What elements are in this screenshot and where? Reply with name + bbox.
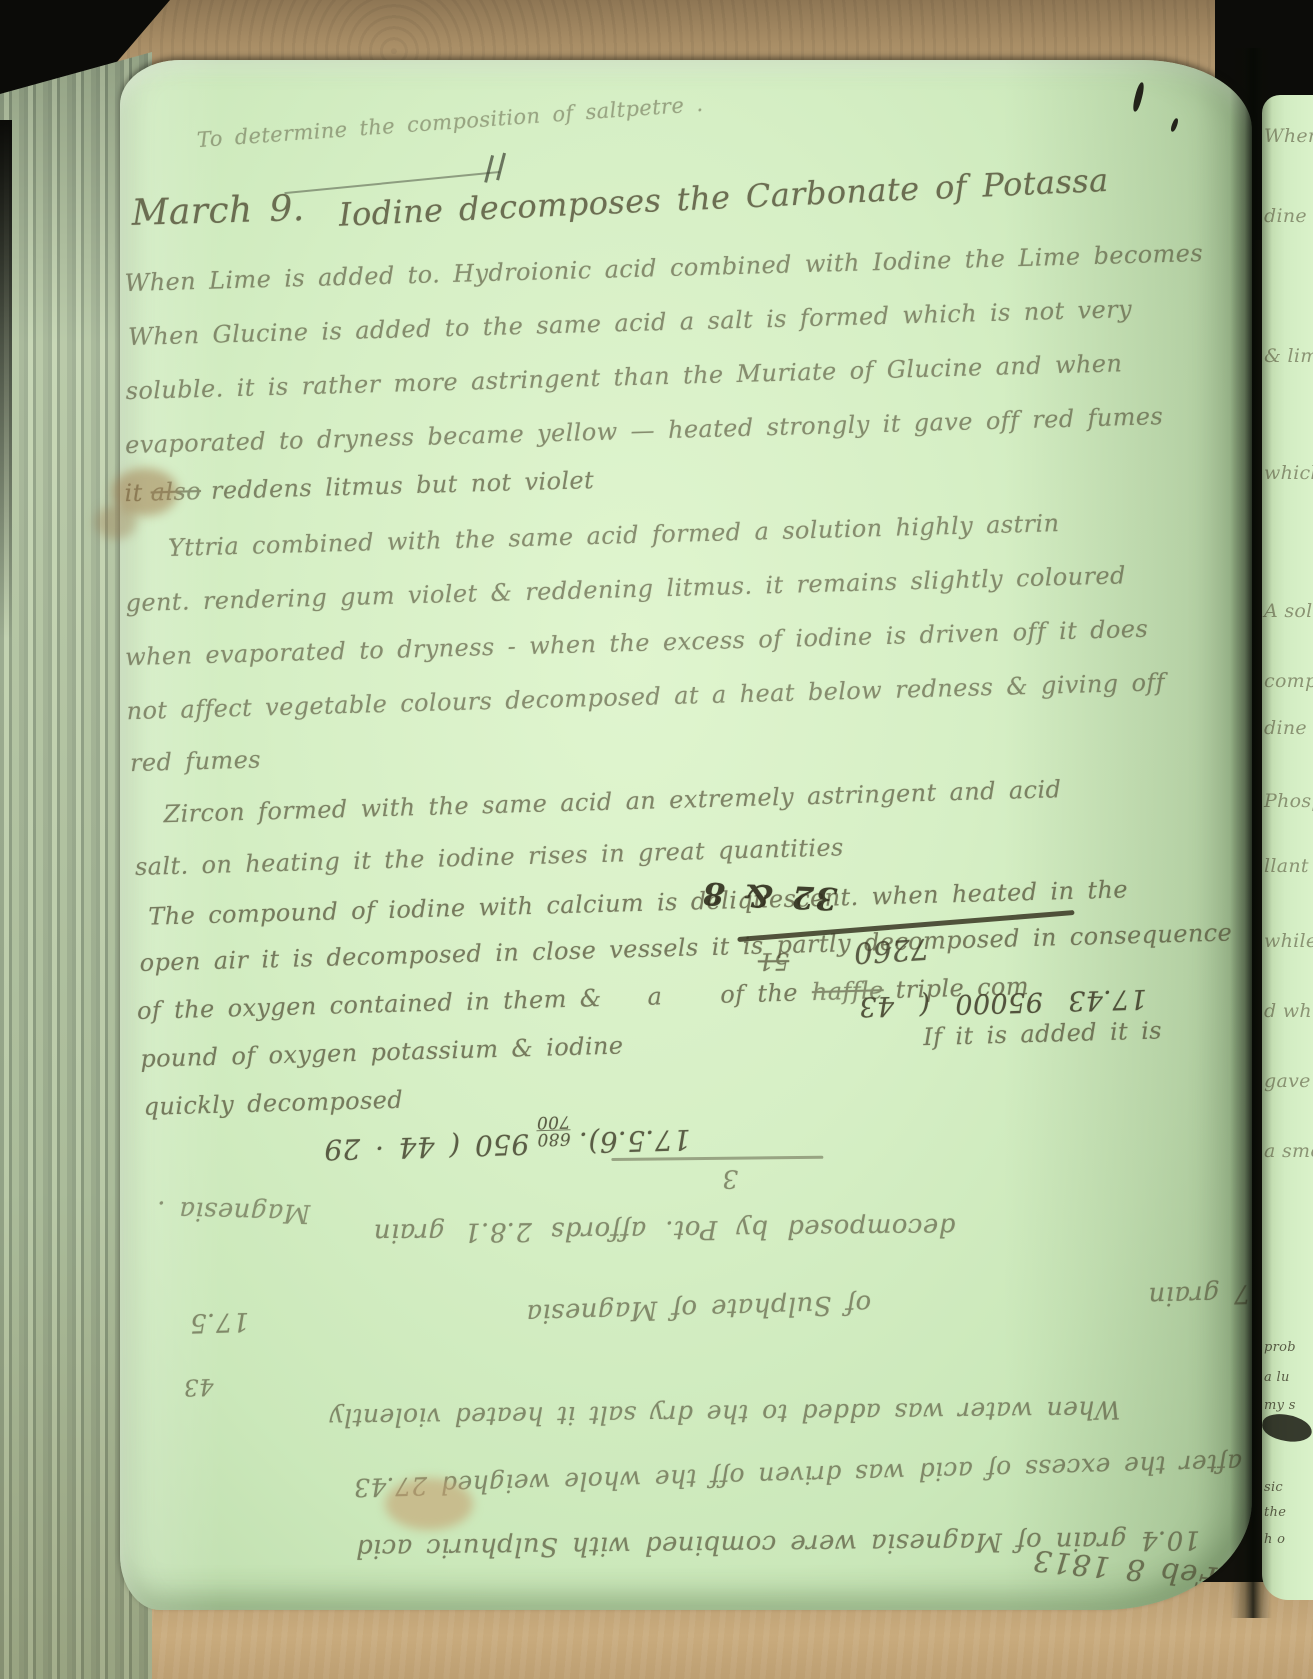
handwritten-line: open air it is decomposed in close vesse… [139,918,1232,977]
next-page-fragment: while [1264,930,1313,952]
figure-numerator: 680 [537,1130,571,1147]
line-text: pound of oxygen potassium & iodine [140,1031,624,1072]
line-figure: 17.5 [189,1306,249,1338]
next-page-fragment: dine B [1264,205,1313,227]
next-page-margin-note: a lu [1264,1370,1290,1385]
next-page-fragment: & lim [1264,345,1313,367]
next-page-fragment: When [1264,125,1313,147]
page-stain [385,1478,473,1530]
pencil-insertion-mark [496,153,506,181]
next-page-fragment: compou [1264,670,1313,692]
figure-denominator: 700 [536,1113,570,1131]
entry-title: Iodine decomposes the Carbonate of Potas… [338,161,1109,234]
line-text: If it is added it is [923,1016,1162,1051]
line-text: reddens litmus but not violet [211,466,595,505]
next-page-fragment: a smell [1264,1140,1313,1162]
faint-header-line: To determine the composition of saltpetr… [196,92,704,152]
handwritten-line: salt. on heating it the iodine rises in … [135,833,844,881]
inverted-word-magnesia: Magnesia . [156,1195,310,1229]
handwritten-line: gent. rendering gum violet & reddening l… [125,561,1126,617]
handwritten-line: evaporated to dryness became yellow — he… [125,402,1164,459]
entry-date: March 9. [131,188,305,234]
next-page-margin-note: my s [1264,1398,1296,1413]
handwritten-line: When Glucine is added to the same acid a… [128,295,1133,351]
calc-text: 950 ( 44 · 29 [323,1127,529,1166]
handwritten-text-block: To determine the composition of saltpetr… [120,60,1252,1610]
page-stain [95,505,137,539]
stacked-figures: 680 700 [536,1113,571,1147]
next-page-fragment: d wh [1264,1000,1312,1022]
next-page-fragment: llant [1264,855,1309,877]
pencil-insertion-mark [484,155,494,183]
calc-text: 17.5.6). [578,1123,691,1159]
line-text: 27 grain [1148,1278,1252,1311]
inverted-handwritten-line: 27 grain of Sulphate of Magnesia 17.5 [189,1278,1252,1338]
next-page-margin-note: prob [1264,1340,1296,1355]
handwritten-line: Yttria combined with the same acid forme… [168,509,1060,562]
line-text: of Sulphate of Magnesia [526,1289,872,1329]
inverted-figure: 7260 [853,932,930,971]
next-page-margin-note: the [1264,1505,1286,1520]
handwritten-line: Zircon formed with the same acid an extr… [163,775,1062,828]
line-text: of the oxygen contained in them & [137,984,602,1025]
shadow-left-edge [0,120,12,640]
inverted-figure-annotation: 32 & 8 [700,875,838,917]
handwritten-line: When Lime is added to. Hydroionic acid c… [124,239,1203,297]
inverted-figure: 3 [722,1164,739,1193]
next-page-fragment: A solu [1264,600,1313,622]
inverted-struck-figure: 51 [758,947,790,975]
handwritten-line: soluble. it is rather more astringent th… [125,349,1122,405]
next-page-fragment: Phosphu [1264,790,1313,812]
entry-heading: March 9. Iodine decomposes the Carbonate… [131,166,1109,234]
next-page-fragment: dine [1264,717,1307,739]
handwritten-line: when evaporated to dryness - when the ex… [125,615,1149,672]
inverted-handwritten-line: decomposed by Pot. affords 2.8.1 grain [340,1212,955,1248]
notebook-page: To determine the composition of saltpetr… [120,60,1252,1610]
handwritten-line: red fumes [130,745,262,777]
ink-blot [1262,1412,1313,1445]
inverted-handwritten-line: after the excess of acid was driven off … [170,1448,1242,1507]
handwritten-line: not affect vegetable colours decomposed … [126,668,1165,725]
handwritten-line: it also reddens litmus but not violet [124,466,594,507]
next-page-margin-note: h o [1264,1532,1285,1547]
next-page-edge: When dine B & lim which A solu compou di… [1262,95,1313,1600]
next-page-margin-note: sic [1264,1480,1283,1495]
next-page-fragment: gave d [1264,1070,1313,1092]
handwritten-line: quickly decomposed [143,1086,403,1121]
inverted-handwritten-line: When water was added to the dry salt it … [258,1395,1120,1433]
inverted-figure: 43 [183,1373,214,1400]
next-page-fragment: which [1264,462,1313,484]
